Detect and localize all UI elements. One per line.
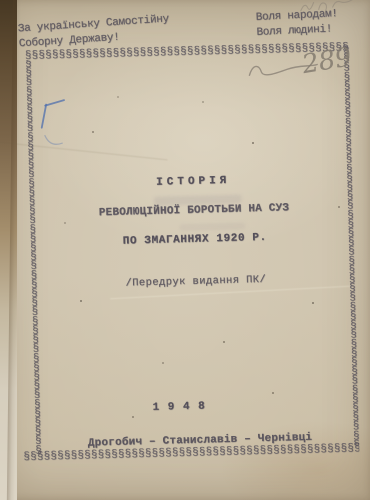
- page-content: За українську Самостійну Соборну Державу…: [0, 0, 370, 500]
- ornament-border-right: §§§§§§§§§§§§§§§§§§§§§§§§§§§§§§§§§§§§§§§§…: [343, 46, 362, 446]
- title-line3: ПО ЗМАГАННЯХ 1920 Р.: [20, 229, 370, 250]
- year: 1 9 4 8: [4, 397, 354, 418]
- reprint-note: /Передрук видання ПК/: [21, 271, 370, 292]
- pencil-scribble: [296, 0, 358, 16]
- scanned-title-page: За українську Самостійну Соборну Державу…: [0, 0, 370, 500]
- slogan-right-line2: Воля людині!: [256, 22, 339, 41]
- title-line1: ІСТОРІЯ: [18, 171, 368, 192]
- erased-text-smudge: [179, 222, 245, 231]
- blue-pen-mark: [38, 97, 71, 150]
- paper-specks: [0, 0, 2, 2]
